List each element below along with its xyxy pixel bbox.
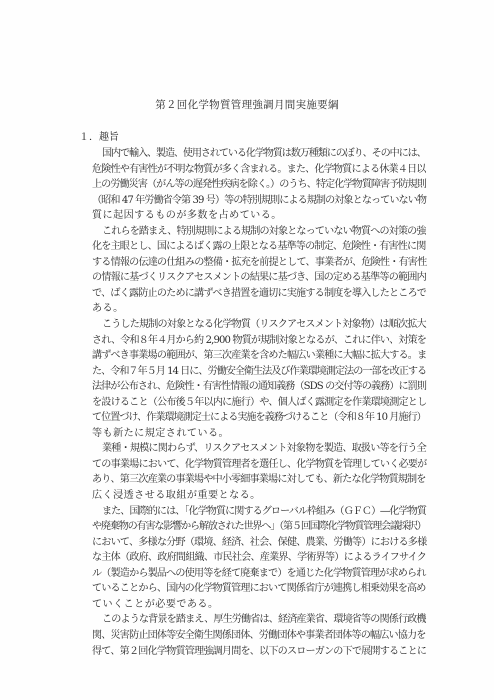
paragraph-line: の情報に基づくリスクアセスメントの結果に基づき、国の定める基準等の範囲内 [92,270,426,286]
paragraph-line: こうした規制の対象となる化学物質（リスクアセスメント対象物）は順次拡大 [92,317,426,333]
paragraph-line: 法律が公布され、危険性・有害性情報の通知義務（SDS の交付等の義務）に罰則 [92,379,426,395]
document-page: 第２回化学物質管理強調月間実施要綱 １．趣旨 国内で輸入、製造、使用されている化… [0,0,494,700]
section-body: 国内で輸入、製造、使用されている化学物質は数万種類にのぼり、その中には、危険性や… [92,146,426,659]
paragraph-line: ていくことが必要である。 [92,597,426,613]
paragraph-line: 広く浸透させる取組が重要となる。 [92,488,426,504]
paragraph-line: また、国際的には、「化学物質に関するグローバル枠組み（ＧＦＣ）―化学物質 [92,504,426,520]
paragraph-line: あり、第三次産業の事業場や中小零細事業場に対しても、新たな化学物質規制を [92,472,426,488]
paragraph-line: 質に起因するものが多数を占めている。 [92,208,426,224]
paragraph-line: 関、災害防止団体等安全衛生関係団体、労働団体や事業者団体等の幅広い協力を [92,628,426,644]
paragraph-line: な主体（政府、政府間組織、市民社会、産業界、学術界等）によるライフサイク [92,550,426,566]
paragraph-line: 講ずべき事業場の範囲が、第三次産業を含めた幅広い業種に大幅に拡大する。ま [92,348,426,364]
paragraph-line: （昭和 47 年労働省令第 39 号）等の特別規則による規制の対象となっていない… [92,193,426,209]
paragraph-line: 等も新たに規定されている。 [92,426,426,442]
paragraph-line: 危険性や有害性が不明な物質が多く含まれる。また、化学物質による休業４日以 [92,162,426,178]
paragraph-line: ていることから、国内の化学物質管理において関係省庁が連携し相乗効果を高め [92,581,426,597]
paragraph-line: ある。 [92,301,426,317]
paragraph-line: する情報の伝達の仕組みの整備・拡充を前提として、事業者が、危険性・有害性 [92,255,426,271]
paragraph-line: 上の労働災害（がん等の遅発性疾病を除く。）のうち、特定化学物質障害予防規則 [92,177,426,193]
paragraph-line: て位置づけ、作業環境測定士による実施を義務づけること（令和８年 10 月施行） [92,410,426,426]
paragraph-line: で、ばく露防止のために講ずべき措置を適切に実施する制度を導入したところで [92,286,426,302]
paragraph-line: このような背景を踏まえ、厚生労働省は、経済産業省、環境省等の関係行政機 [92,612,426,628]
paragraph-line: 得て、第２回化学物質管理強調月間を、以下のスローガンの下で展開することに [92,644,426,660]
paragraph-line: 化を主眼とし、国によるばく露の上限となる基準等の制定、危険性・有害性に関 [92,239,426,255]
paragraph-line: され、令和８年４月から約 2,900 物質が規制対象となるが、これに伴い、対策を [92,333,426,349]
section-heading-purpose: １．趣旨 [79,131,119,145]
paragraph-line: を設けること（公布後５年以内に施行）や、個人ばく露測定を作業環境測定とし [92,395,426,411]
paragraph-line: や廃棄物の有害な影響から解放された世界へ」（第５回国際化学物質管理会議採択） [92,519,426,535]
paragraph-line: において、多様な分野（環境、経済、社会、保健、農業、労働等）における多様 [92,535,426,551]
paragraph-line: ての事業場において、化学物質管理者を選任し、化学物質を管理していく必要が [92,457,426,473]
document-title: 第２回化学物質管理強調月間実施要綱 [0,98,494,112]
paragraph-line: 業種・規模に関わらず、リスクアセスメント対象物を製造、取扱い等を行う全 [92,441,426,457]
paragraph-line: これらを踏まえ、特別規則による規制の対象となっていない物質への対策の強 [92,224,426,240]
paragraph-line: ル（製造から製品への使用等を経て廃棄まで）を通じた化学物質管理が求められ [92,566,426,582]
paragraph-line: た、令和７年５月 14 日に、労働安全衛生法及び作業環境測定法の一部を改正する [92,364,426,380]
paragraph-line: 国内で輸入、製造、使用されている化学物質は数万種類にのぼり、その中には、 [92,146,426,162]
